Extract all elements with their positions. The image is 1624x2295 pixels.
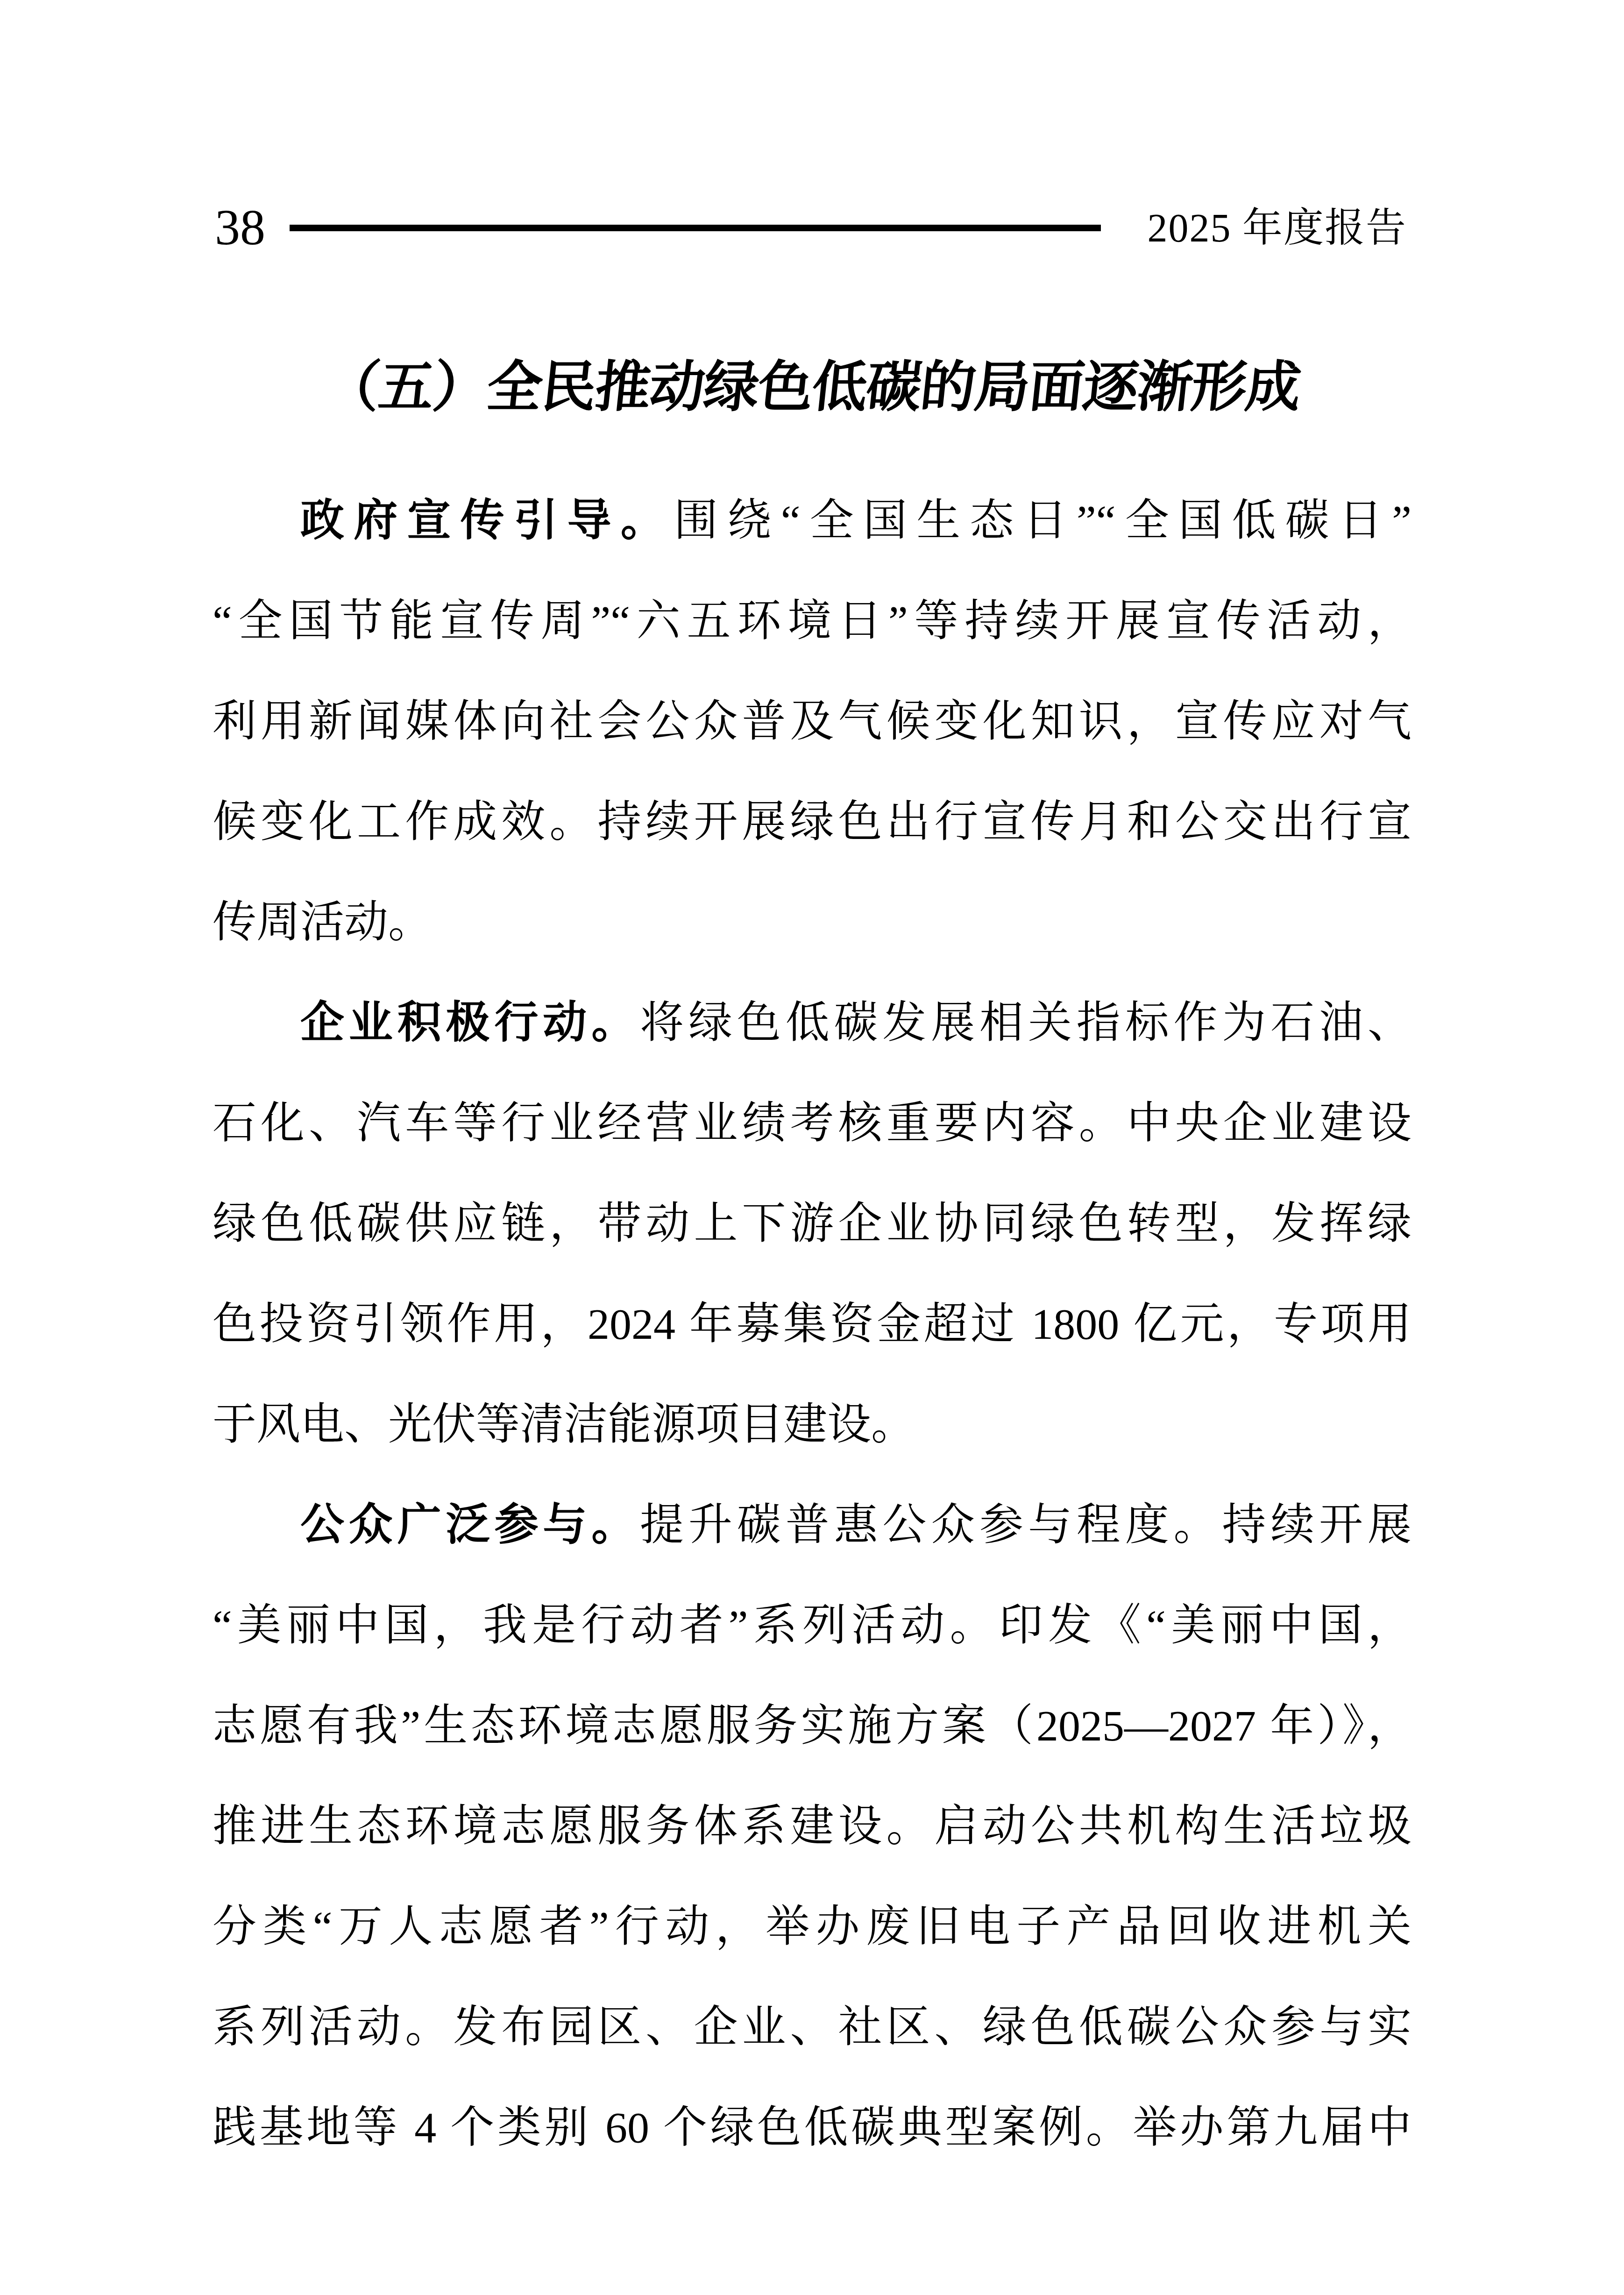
- section-heading: （五）全民推动绿色低碳的局面逐渐形成: [321, 356, 1303, 419]
- page-number: 38: [215, 203, 265, 253]
- body-line: “美丽中国，我是行动者”系列活动。印发《“美丽中国，: [213, 1576, 1411, 1676]
- body-line: 传周活动。: [213, 873, 1411, 973]
- document-page: 38 2025 年度报告 （五）全民推动绿色低碳的局面逐渐形成 政府宣传引导。围…: [0, 0, 1624, 2295]
- page-header: 38 2025 年度报告: [215, 195, 1407, 261]
- body-line: 政府宣传引导。围绕“全国生态日”“全国低碳日”: [213, 471, 1411, 571]
- body-line: 候变化工作成效。持续开展绿色出行宣传月和公交出行宣: [213, 772, 1411, 873]
- body-line: 分类“万人志愿者”行动，举办废旧电子产品回收进机关: [213, 1877, 1411, 1977]
- body-line: 色投资引领作用，2024 年募集资金超过 1800 亿元，专项用: [213, 1274, 1411, 1375]
- body-line: 志愿有我”生态环境志愿服务实施方案（2025—2027 年）》，: [213, 1676, 1411, 1776]
- body-line: 践基地等 4 个类别 60 个绿色低碳典型案例。举办第九届中: [213, 2078, 1411, 2178]
- paragraph-lead: 公众广泛参与。: [300, 1501, 640, 1549]
- paragraph-text: 提升碳普惠公众参与程度。持续开展: [640, 1501, 1411, 1549]
- paragraph-text: 围绕“全国生态日”“全国低碳日”: [674, 497, 1411, 545]
- body-line: 公众广泛参与。提升碳普惠公众参与程度。持续开展: [213, 1475, 1411, 1576]
- header-title: 2025 年度报告: [1148, 208, 1407, 248]
- paragraph-lead: 企业积极行动。: [300, 999, 640, 1047]
- body-text: 政府宣传引导。围绕“全国生态日”“全国低碳日”“全国节能宣传周”“六五环境日”等…: [213, 471, 1411, 2178]
- body-line: “全国节能宣传周”“六五环境日”等持续开展宣传活动，: [213, 571, 1411, 672]
- body-line: 利用新闻媒体向社会公众普及气候变化知识，宣传应对气: [213, 672, 1411, 772]
- paragraph-text: 将绿色低碳发展相关指标作为石油、: [640, 999, 1411, 1047]
- body-line: 绿色低碳供应链，带动上下游企业协同绿色转型，发挥绿: [213, 1174, 1411, 1274]
- paragraph-lead: 政府宣传引导。: [300, 497, 674, 545]
- body-line: 系列活动。发布园区、企业、社区、绿色低碳公众参与实: [213, 1977, 1411, 2078]
- header-rule: [290, 225, 1101, 231]
- body-line: 于风电、光伏等清洁能源项目建设。: [213, 1375, 1411, 1475]
- body-line: 石化、汽车等行业经营业绩考核重要内容。中央企业建设: [213, 1073, 1411, 1174]
- body-line: 推进生态环境志愿服务体系建设。启动公共机构生活垃圾: [213, 1776, 1411, 1877]
- body-line: 企业积极行动。将绿色低碳发展相关指标作为石油、: [213, 973, 1411, 1073]
